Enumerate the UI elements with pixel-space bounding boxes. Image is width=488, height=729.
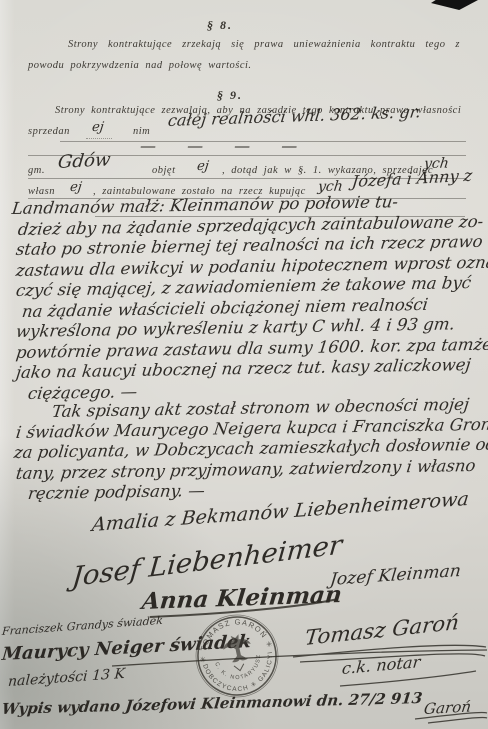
signature-jozef-kleinman: Jozef Kleinman	[329, 561, 462, 590]
fill-dashes: — — — —	[140, 136, 297, 155]
notary-deed-photo: § 8. Strony kontraktujące zrzekają się p…	[0, 0, 488, 729]
fill-ej-3: ej	[69, 180, 83, 195]
fee-note: należytości 13 K	[7, 666, 125, 690]
section-8-body: Strony kontraktujące zrzekają się prawa …	[28, 34, 460, 76]
eagle-icon	[221, 631, 254, 664]
issue-signature: Garoń	[423, 698, 472, 718]
photo-corner-shadow	[431, 0, 478, 10]
pen-stroke-garon-underline-2	[428, 717, 487, 723]
label-wlasn: własn	[28, 186, 55, 197]
witness-note-franciszek: Franciszek Grandys świadek	[2, 614, 164, 638]
signature-tomasz-garon: Tomasz Garoń	[304, 610, 461, 650]
label-objet: objęt	[152, 165, 176, 176]
label-gm: gm.	[28, 165, 45, 176]
fill-underline	[86, 138, 112, 139]
section-8-heading: § 8.	[0, 18, 440, 33]
eagle-tail	[234, 664, 245, 672]
fill-gmina: Gdów	[57, 149, 112, 173]
fill-ej-1: ej	[91, 120, 105, 135]
signature-notar-title: c.k. notar	[341, 652, 421, 678]
fill-ej-2: ej	[196, 159, 210, 174]
handwritten-line: ręcznie podpisany. —	[27, 481, 206, 503]
label-sprzedan: sprzedan	[28, 126, 70, 137]
section-9-heading: § 9.	[0, 88, 460, 103]
